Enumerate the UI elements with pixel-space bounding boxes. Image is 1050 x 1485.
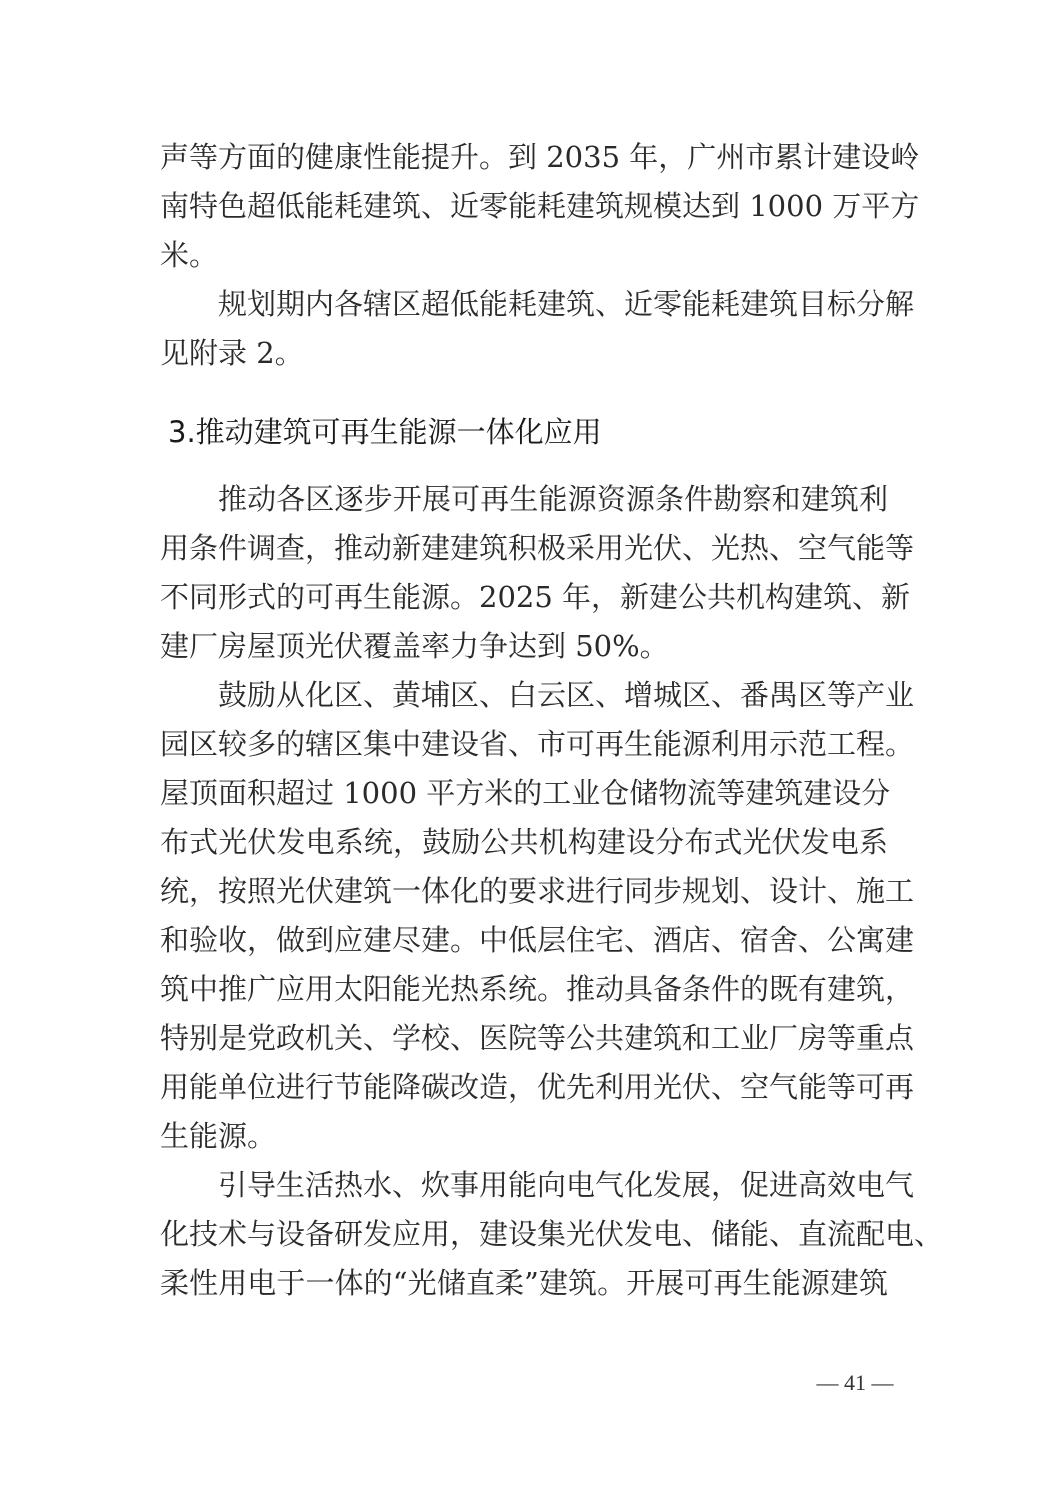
- paragraph-2-line-2: 见附录 2。: [160, 333, 888, 373]
- paragraph-4-line-10: 生能源。: [160, 1116, 888, 1156]
- document-page: 声等方面的健康性能提升。到 2035 年，广州市累计建设岭 南特色超低能耗建筑、…: [0, 0, 1050, 1485]
- paragraph-4-line-2: 园区较多的辖区集中建设省、市可再生能源利用示范工程。: [160, 724, 888, 764]
- paragraph-3-line-3: 不同形式的可再生能源。2025 年，新建公共机构建筑、新: [160, 577, 888, 617]
- section-heading: 3.推动建筑可再生能源一体化应用: [168, 412, 602, 452]
- paragraph-4-line-5: 统，按照光伏建筑一体化的要求进行同步规划、设计、施工: [160, 871, 888, 911]
- paragraph-5-line-3: 柔性用电于一体的“光储直柔”建筑。开展可再生能源建筑: [160, 1263, 888, 1303]
- paragraph-4-line-4: 布式光伏发电系统，鼓励公共机构建设分布式光伏发电系: [160, 822, 888, 862]
- paragraph-2-line-1: 规划期内各辖区超低能耗建筑、近零能耗建筑目标分解: [218, 284, 888, 324]
- paragraph-1-line-3: 米。: [160, 235, 888, 275]
- paragraph-4-line-6: 和验收，做到应建尽建。中低层住宅、酒店、宿舍、公寓建: [160, 920, 888, 960]
- paragraph-1-line-2: 南特色超低能耗建筑、近零能耗建筑规模达到 1000 万平方: [160, 186, 888, 226]
- paragraph-4-line-1: 鼓励从化区、黄埔区、白云区、增城区、番禺区等产业: [218, 675, 888, 715]
- paragraph-3-line-2: 用条件调查，推动新建建筑积极采用光伏、光热、空气能等: [160, 528, 888, 568]
- paragraph-3-line-1: 推动各区逐步开展可再生能源资源条件勘察和建筑利: [218, 479, 888, 519]
- paragraph-5-line-2: 化技术与设备研发应用，建设集光伏发电、储能、直流配电、: [160, 1214, 888, 1254]
- paragraph-1-line-1: 声等方面的健康性能提升。到 2035 年，广州市累计建设岭: [160, 137, 888, 177]
- paragraph-4-line-3: 屋顶面积超过 1000 平方米的工业仓储物流等建筑建设分: [160, 773, 888, 813]
- page-number: — 41 —: [800, 1370, 910, 1396]
- paragraph-5-line-1: 引导生活热水、炊事用能向电气化发展，促进高效电气: [218, 1165, 888, 1205]
- paragraph-4-line-9: 用能单位进行节能降碳改造，优先利用光伏、空气能等可再: [160, 1067, 888, 1107]
- paragraph-3-line-4: 建厂房屋顶光伏覆盖率力争达到 50%。: [160, 626, 888, 666]
- paragraph-4-line-8: 特别是党政机关、学校、医院等公共建筑和工业厂房等重点: [160, 1018, 888, 1058]
- paragraph-4-line-7: 筑中推广应用太阳能光热系统。推动具备条件的既有建筑，: [160, 969, 888, 1009]
